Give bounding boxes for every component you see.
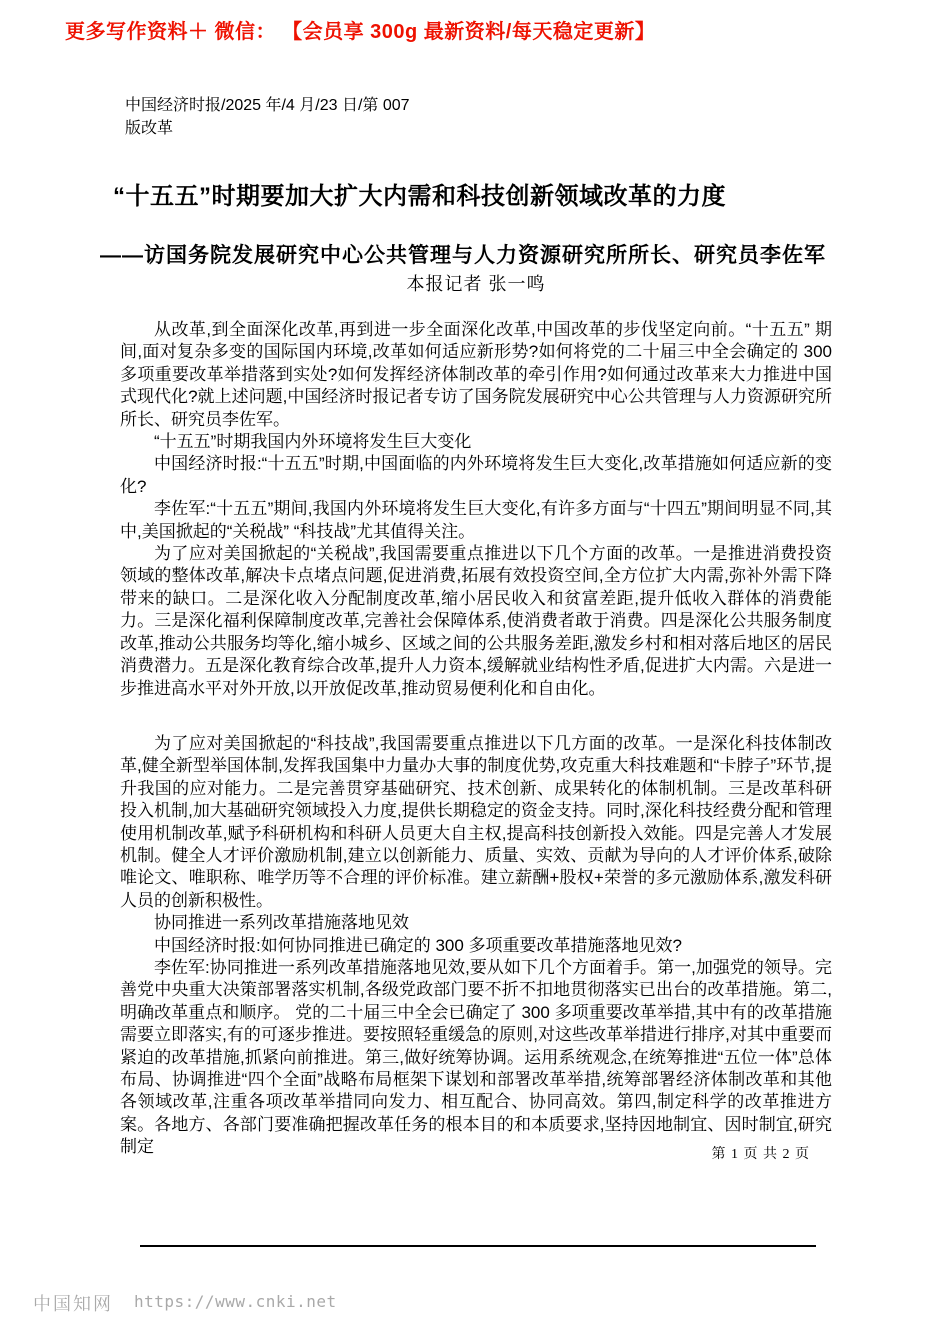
body-paragraph: 李佐军:“十五五”期间,我国内外环境将发生巨大变化,有许多方面与“十四五”期间明… [120,498,832,543]
cnki-watermark-name: 中国知网 [33,1290,113,1316]
footer-divider-line [140,1245,816,1247]
byline: 本报记者 张一鸣 [120,270,832,296]
body-paragraph: 中国经济时报:如何协同推进已确定的 300 多项重要改革措施落地见效? [120,935,832,957]
source-line-1: 中国经济时报/2025 年/4 月/23 日/第 007 [125,94,410,117]
body-paragraph: 李佐军:协同推进一系列改革措施落地见效,要从如下几个方面着手。第一,加强党的领导… [120,957,832,1159]
section-heading: 协同推进一系列改革措施落地见效 [120,912,832,934]
page-number: 第 1 页 共 2 页 [120,1143,810,1163]
body-paragraph: 为了应对美国掀起的“科技战”,我国需要重点推进以下几方面的改革。一是深化科技体制… [120,733,832,912]
article-title: “十五五”时期要加大扩大内需和科技创新领域改革的力度 [113,176,873,211]
body-paragraph: 从改革,到全面深化改革,再到进一步全面深化改革,中国改革的步伐坚定向前。“十五五… [120,319,832,431]
source-line-2: 版改革 [125,117,410,140]
document-page: 更多写作资料＋ 微信： 【会员享 300g 最新资料/每天稳定更新】 中国经济时… [0,0,950,1344]
article-subtitle: ——访国务院发展研究中心公共管理与人力资源研究所所长、研究员李佐军 [100,239,900,269]
article-body: 从改革,到全面深化改革,再到进一步全面深化改革,中国改革的步伐坚定向前。“十五五… [120,319,832,1159]
body-paragraph: 为了应对美国掀起的“关税战”,我国需要重点推进以下几个方面的改革。一是推进消费投… [120,543,832,700]
source-block: 中国经济时报/2025 年/4 月/23 日/第 007 版改革 [125,94,410,140]
cnki-watermark-url: https://www.cnki.net [134,1292,337,1311]
section-heading: “十五五”时期我国内外环境将发生巨大变化 [120,431,832,453]
promo-banner: 更多写作资料＋ 微信： 【会员享 300g 最新资料/每天稳定更新】 [65,15,655,44]
body-paragraph: 中国经济时报:“十五五”时期,中国面临的内外环境将发生巨大变化,改革措施如何适应… [120,453,832,498]
